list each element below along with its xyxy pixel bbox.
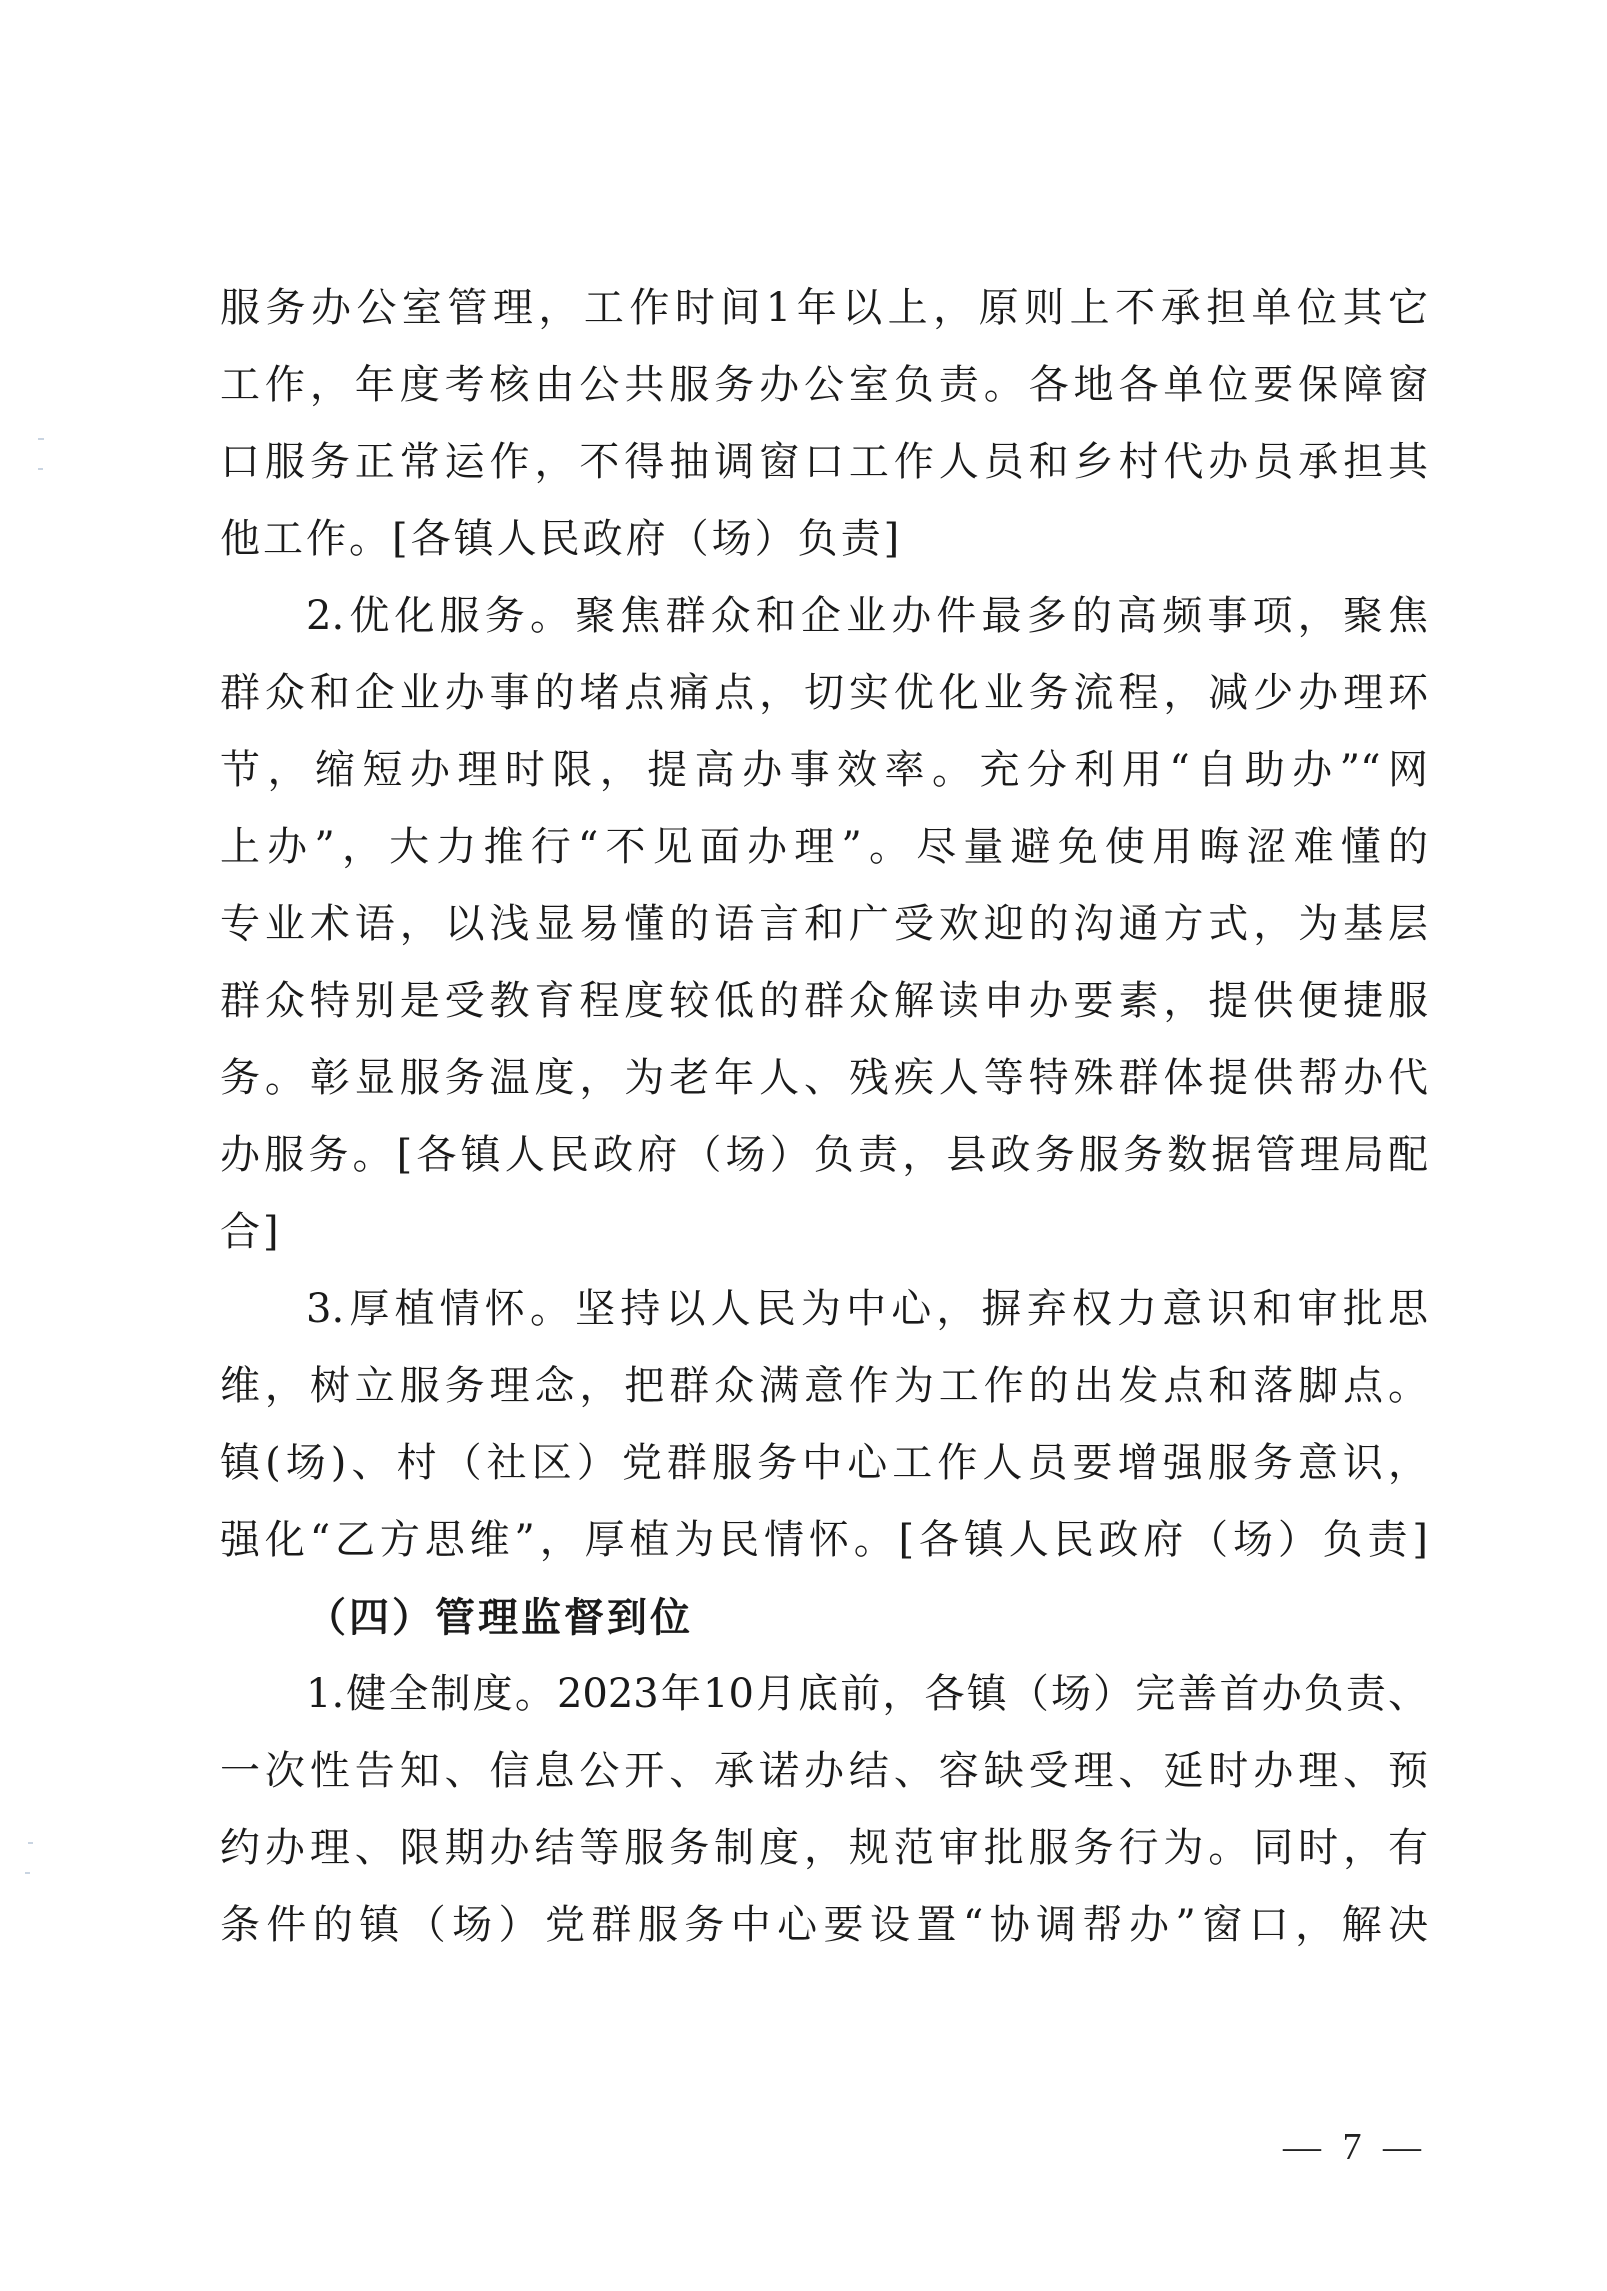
text-line: 专业术语，以浅显易懂的语言和广受欢迎的沟通方式，为基层 bbox=[220, 886, 1428, 963]
text-line: 他工作。[各镇人民政府（场）负责] bbox=[220, 501, 1428, 578]
text-line: 节，缩短办理时限，提高办事效率。充分利用“自助办”“网 bbox=[220, 732, 1428, 809]
section-heading: （四）管理监督到位 bbox=[220, 1579, 1428, 1656]
document-body: 服务办公室管理，工作时间1年以上，原则上不承担单位其它 工作，年度考核由公共服务… bbox=[220, 270, 1428, 1964]
text-line: 强化“乙方思维”，厚植为民情怀。[各镇人民政府（场）负责] bbox=[220, 1502, 1428, 1579]
text-line: 上办”，大力推行“不见面办理”。尽量避免使用晦涩难懂的 bbox=[220, 809, 1428, 886]
text-line: 群众和企业办事的堵点痛点，切实优化业务流程，减少办理环 bbox=[220, 655, 1428, 732]
scan-speck bbox=[25, 1872, 30, 1874]
scan-speck bbox=[38, 438, 44, 440]
text-line: 务。彰显服务温度，为老年人、残疾人等特殊群体提供帮办代 bbox=[220, 1040, 1428, 1117]
text-line: 约办理、限期办结等服务制度，规范审批服务行为。同时，有 bbox=[220, 1810, 1428, 1887]
text-line: 办服务。[各镇人民政府（场）负责，县政务服务数据管理局配 bbox=[220, 1117, 1428, 1194]
text-line: 条件的镇（场）党群服务中心要设置“协调帮办”窗口，解决 bbox=[220, 1887, 1428, 1964]
text-line: 合] bbox=[220, 1194, 1428, 1271]
text-line: 工作，年度考核由公共服务办公室负责。各地各单位要保障窗 bbox=[220, 347, 1428, 424]
paragraph-start-line: 2.优化服务。聚焦群众和企业办件最多的高频事项，聚焦 bbox=[220, 578, 1428, 655]
text-line: 服务办公室管理，工作时间1年以上，原则上不承担单位其它 bbox=[220, 270, 1428, 347]
scan-speck bbox=[28, 1842, 33, 1844]
document-page: 服务办公室管理，工作时间1年以上，原则上不承担单位其它 工作，年度考核由公共服务… bbox=[0, 0, 1607, 2291]
page-number: — 7 — bbox=[1280, 2122, 1430, 2172]
paragraph-start-line: 3.厚植情怀。坚持以人民为中心，摒弃权力意识和审批思 bbox=[220, 1271, 1428, 1348]
text-line: 群众特别是受教育程度较低的群众解读申办要素，提供便捷服 bbox=[220, 963, 1428, 1040]
text-line: 镇(场)、村（社区）党群服务中心工作人员要增强服务意识， bbox=[220, 1425, 1428, 1502]
text-line: 一次性告知、信息公开、承诺办结、容缺受理、延时办理、预 bbox=[220, 1733, 1428, 1810]
paragraph-start-line: 1.健全制度。2023年10月底前，各镇（场）完善首办负责、 bbox=[220, 1656, 1428, 1733]
text-line: 口服务正常运作，不得抽调窗口工作人员和乡村代办员承担其 bbox=[220, 424, 1428, 501]
text-line: 维，树立服务理念，把群众满意作为工作的出发点和落脚点。 bbox=[220, 1348, 1428, 1425]
scan-speck bbox=[38, 468, 43, 470]
